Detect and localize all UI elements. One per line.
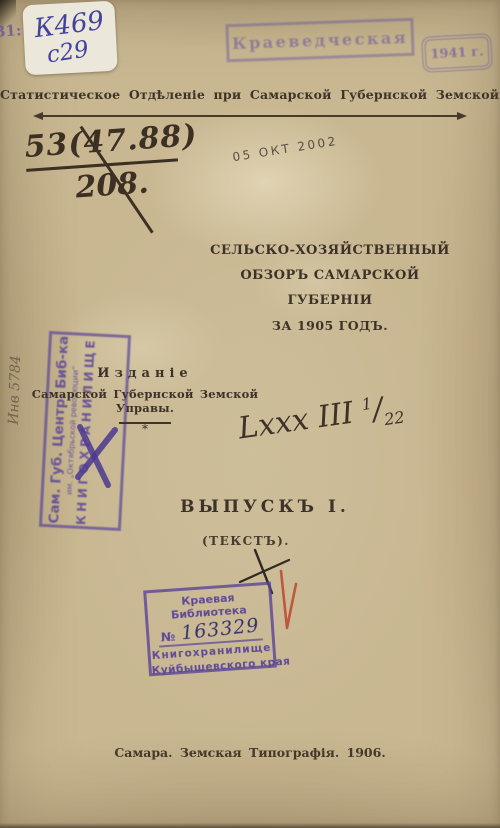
book-title: СЕЛЬСКО-ХОЗЯЙСТВЕННЫЙ ОБЗОРЪ САМАРСКОЙ Г… (200, 238, 460, 338)
edition-block: Изданіе Самарской Губернской Земской Упр… (28, 366, 262, 434)
page-bottom-edge (0, 823, 500, 828)
header-divider-rule (42, 115, 458, 117)
handwritten-call-number: 53(47.88) 208. (23, 118, 198, 209)
edition-line-1: Изданіе (28, 366, 262, 381)
subtitle-text: (ТЕКСТЪ). (146, 534, 346, 548)
sticker-class-code: К469 (33, 7, 106, 43)
publisher-header: Статистическое Отдѣленіе при Самарской Г… (0, 87, 500, 102)
year-1941-stamp-label: 1941 г. (430, 44, 484, 62)
numero-sign: № (160, 629, 175, 644)
title-line-3: ЗА 1905 ГОДЪ. (200, 313, 460, 338)
regional-library-stamp: Краевая Библиотека № 163329 Книгохранили… (143, 582, 277, 677)
shelf-mark-numerator: 1 (360, 394, 373, 414)
call-number-sticker: К469 с29 (22, 1, 118, 76)
year-1941-stamp: 1941 г. (421, 33, 493, 73)
edition-ornament: * (28, 424, 262, 434)
kraeved-stamp-label: Краеведческая (232, 27, 409, 52)
edition-line-2: Самарской Губернской Земской Управы. (28, 387, 262, 415)
margin-corner-mark: 31: (0, 21, 22, 41)
shelf-mark-denominator: 22 (383, 407, 406, 429)
kraeved-stamp: Краеведческая (225, 18, 414, 63)
issue-number: ВЫПУСКЪ I. (150, 497, 380, 517)
imprint-line: Самара. Земская Типографія. 1906. (0, 745, 500, 760)
title-line-2: ОБЗОРЪ САМАРСКОЙ ГУБЕРНІИ (200, 263, 460, 313)
title-line-1: СЕЛЬСКО-ХОЗЯЙСТВЕННЫЙ (200, 238, 460, 263)
sticker-cutter-code: с29 (45, 36, 91, 68)
